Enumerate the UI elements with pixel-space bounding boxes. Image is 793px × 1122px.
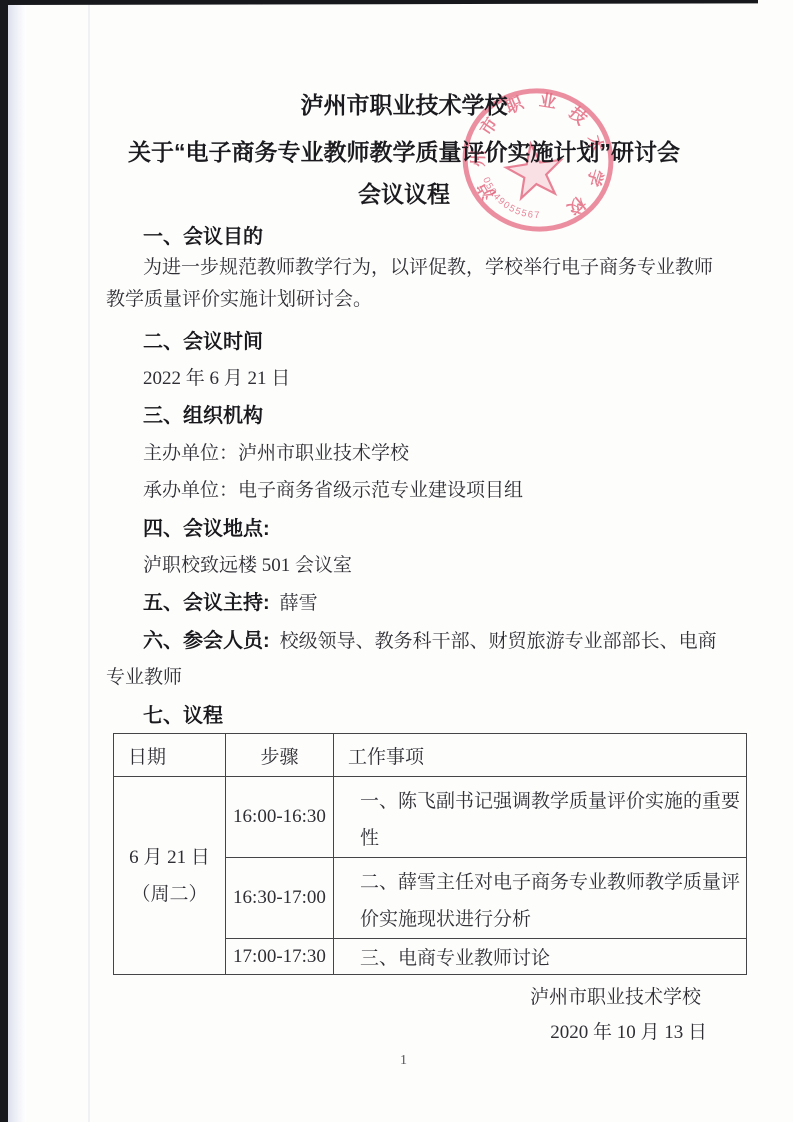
doc-title-agenda: 会议议程	[14, 179, 793, 209]
work-item-3: 三、电商专业教师讨论	[334, 939, 747, 975]
host-unit: 主办单位：泸州市职业技术学校	[143, 441, 409, 467]
heading-chair-line: 五、会议主持:薛雪	[143, 590, 318, 617]
attendees-line2: 专业教师	[106, 665, 182, 691]
heading-purpose: 一、会议目的	[143, 224, 263, 250]
date-cell: 6 月 21 日 （周二）	[114, 777, 226, 975]
heading-attendees-line: 六、参会人员:校级领导、教务科干部、财贸旅游专业部部长、电商	[143, 628, 717, 655]
meeting-location: 泸职校致远楼 501 会议室	[143, 553, 352, 579]
work-item-2-line1: 二、薛雪主任对电子商务专业教师教学质量评	[334, 858, 746, 901]
time-slot-1: 16:00-16:30	[226, 777, 334, 858]
header-date: 日期	[114, 734, 226, 777]
heading-time: 二、会议时间	[143, 329, 263, 355]
doc-title-subject: 关于“电子商务专业教师教学质量评价实施计划”研讨会	[14, 137, 793, 167]
document-page: 泸州市职业技术学校 05049055567 泸州市职业技术学校 关于“电子商务专…	[0, 0, 793, 1122]
header-work-item: 工作事项	[334, 734, 747, 777]
time-slot-3: 17:00-17:30	[226, 939, 334, 975]
scan-edge-left	[0, 0, 8, 1122]
heading-organization: 三、组织机构	[143, 403, 263, 429]
page-number: 1	[400, 1053, 407, 1069]
purpose-text-line1: 为进一步规范教师教学行为，以评促教，学校举行电子商务专业教师	[143, 255, 713, 281]
scan-gutter-shadow	[8, 0, 26, 1122]
signature-date: 2020 年 10 月 13 日	[550, 1017, 707, 1044]
header-step: 步骤	[226, 734, 334, 777]
work-item-2: 二、薛雪主任对电子商务专业教师教学质量评 价实施现状进行分析	[334, 858, 747, 939]
heading-chair: 五、会议主持:	[143, 592, 270, 614]
signature-org: 泸州市职业技术学校	[530, 982, 701, 1009]
date-cell-line2: （周二）	[114, 876, 225, 913]
chair-name: 薛雪	[280, 593, 318, 614]
work-item-1: 一、陈飞副书记强调教学质量评价实施的重要 性	[334, 777, 747, 858]
agenda-header-row: 日期 步骤 工作事项	[114, 734, 747, 777]
work-item-1-line1: 一、陈飞副书记强调教学质量评价实施的重要	[334, 777, 746, 820]
date-cell-line1: 6 月 21 日	[114, 839, 225, 876]
meeting-date: 2022 年 6 月 21 日	[143, 366, 290, 392]
agenda-row-1: 6 月 21 日 （周二） 16:00-16:30 一、陈飞副书记强调教学质量评…	[114, 777, 747, 858]
agenda-table: 日期 步骤 工作事项 6 月 21 日 （周二） 16:00-16:30 一、陈…	[113, 733, 747, 975]
heading-location: 四、会议地点:	[143, 516, 270, 542]
heading-agenda: 七、议程	[143, 703, 223, 729]
heading-attendees: 六、参会人员:	[143, 630, 270, 652]
organizer-unit: 承办单位：电子商务省级示范专业建设项目组	[143, 478, 523, 504]
work-item-2-line2: 价实施现状进行分析	[334, 901, 746, 938]
time-slot-2: 16:30-17:00	[226, 858, 334, 939]
work-item-1-line2: 性	[334, 820, 746, 857]
doc-title-org: 泸州市职业技术学校	[14, 90, 793, 120]
purpose-text-line2: 教学质量评价实施计划研讨会。	[106, 287, 372, 313]
attendees-line1: 校级领导、教务科干部、财贸旅游专业部部长、电商	[280, 631, 717, 652]
